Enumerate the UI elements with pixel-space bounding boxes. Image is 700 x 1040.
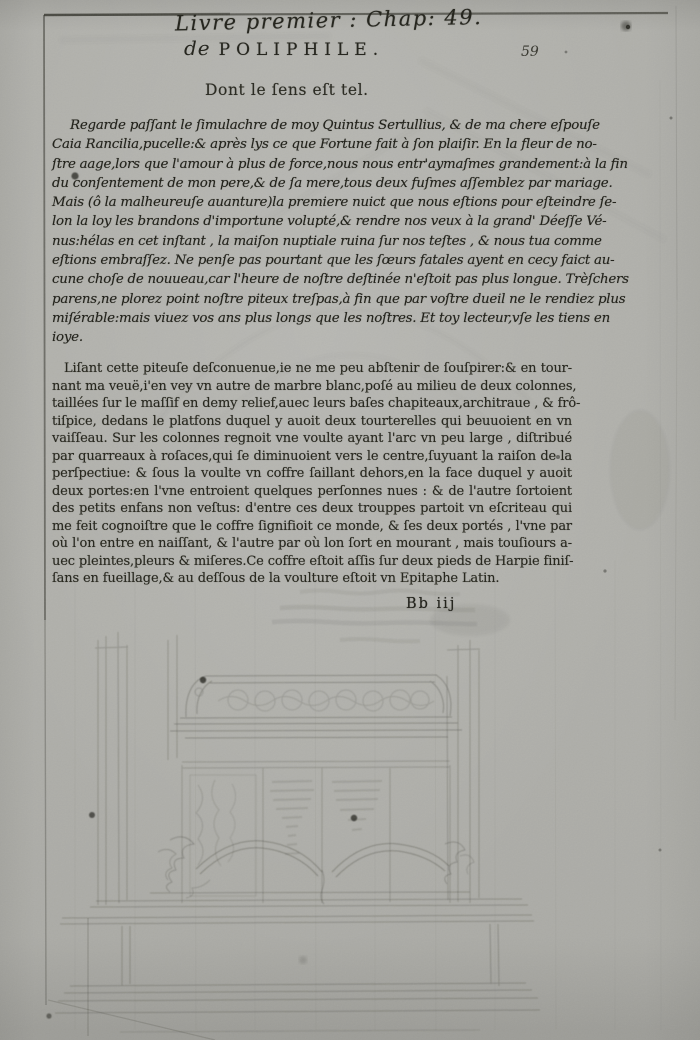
text-line: ſans en fueillage,& au deſſous de la vou… — [52, 570, 572, 588]
text-line: miſérable:mais viuez vos ans plus longs … — [52, 309, 572, 328]
text-line: lon la loy les brandons d'importune volu… — [52, 212, 572, 231]
text-line: Liſant cette piteuſe deſconuenue,ie ne m… — [52, 360, 572, 378]
text-line: par quarreaux à roſaces,qui ſe diminuoie… — [52, 448, 572, 466]
text-line: deux portes:en l'vne entroient quelques … — [52, 483, 572, 501]
text-line: ioye. — [52, 328, 572, 347]
text-line: cune choſe de nouueau,car l'heure de noſ… — [52, 270, 572, 289]
text-line: eſtions embraſſez. Ne penſe pas pourtant… — [52, 251, 572, 270]
text-line: nant ma veuë,i'en vey vn autre de marbre… — [52, 378, 572, 396]
text-line: où l'on entre en naiſſant, & l'autre par… — [52, 535, 572, 553]
scanned-book-page: { "page": { "header": { "manuscript_titl… — [0, 0, 700, 1040]
text-line: Mais (ô la malheureuſe auanture)la premi… — [52, 193, 572, 212]
text-line: ſtre aage,lors que l'amour à plus de for… — [52, 155, 572, 174]
printed-running-title: dePOLIPHILE. — [184, 36, 384, 60]
gathering-signature-mark: Bb iij — [406, 596, 456, 612]
narrative-paragraph: Liſant cette piteuſe deſconuenue,ie ne m… — [52, 360, 572, 588]
text-line: des petits enfans non veſtus: d'entre ce… — [52, 500, 572, 518]
text-line: Caia Rancilia,pucelle:& après lys ce que… — [52, 135, 572, 154]
text-line: uec pleintes,pleurs & miſeres.Ce coffre … — [52, 553, 572, 571]
text-line: perſpectiue: & ſous la voulte vn coffre … — [52, 465, 572, 483]
text-line: Regarde paſſant le ſimulachre de moy Qui… — [52, 116, 572, 135]
epitaph-paragraph: Regarde paſſant le ſimulachre de moy Qui… — [52, 116, 572, 348]
text-line: du conſentement de mon pere,& de ſa mere… — [52, 174, 572, 193]
section-subheading: Dont le ſens eſt tel. — [205, 81, 369, 99]
folio-page-number: 59 — [521, 44, 539, 60]
text-line: vaiſſeau. Sur les colonnes regnoit vne v… — [52, 430, 572, 448]
text-line: taillées ſur le maſſif en demy relief,au… — [52, 395, 572, 413]
text-line: me feit cognoiſtre que le coffre ſignifi… — [52, 518, 572, 536]
text-line: parens,ne plorez point noſtre piteux tre… — [52, 290, 572, 309]
text-line: tiſpice, dedans le platfons duquel y auo… — [52, 413, 572, 431]
text-line: nus:hélas en cet inſtant , la maiſon nup… — [52, 232, 572, 251]
running-title-main: POLIPHILE. — [219, 40, 384, 60]
running-title-prefix: de — [184, 36, 211, 60]
